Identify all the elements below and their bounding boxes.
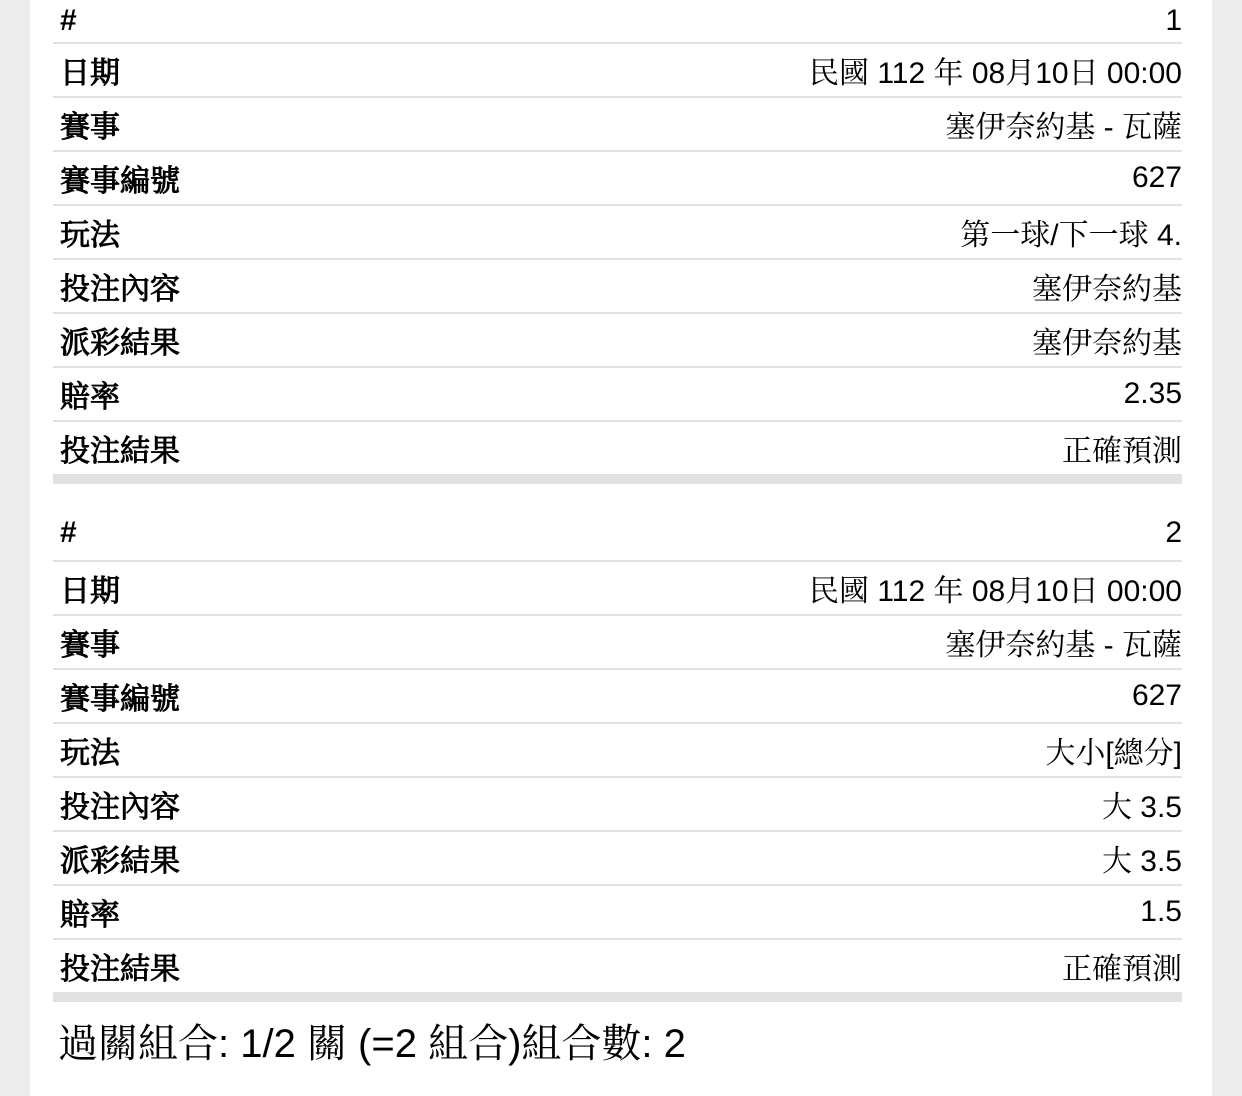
play-label: 玩法 [53, 210, 120, 254]
table-gap [30, 484, 1212, 506]
match-value: 塞伊奈約基 - 瓦薩 [945, 620, 1182, 664]
payout-result-label: 派彩結果 [53, 836, 180, 880]
section-divider-bar [53, 992, 1182, 1002]
row-date: 日期 民國 112 年 08月10日 00:00 [53, 42, 1182, 96]
row-play: 玩法 大小[總分] [53, 722, 1182, 776]
bet-record-table-1: # 1 日期 民國 112 年 08月10日 00:00 賽事 塞伊奈約基 - … [53, 0, 1182, 474]
date-label: 日期 [53, 566, 120, 610]
play-label: 玩法 [53, 728, 120, 772]
bet-content-value: 大 3.5 [1102, 782, 1182, 826]
bet-result-label: 投注結果 [53, 426, 180, 470]
odds-label: 賠率 [53, 372, 120, 416]
payout-result-value: 大 3.5 [1102, 836, 1182, 880]
row-bet-result: 投注結果 正確預測 [53, 938, 1182, 992]
row-odds: 賠率 1.5 [53, 884, 1182, 938]
bet-content-value: 塞伊奈約基 [1032, 264, 1182, 308]
row-match-no: 賽事編號 627 [53, 150, 1182, 204]
row-payout-result: 派彩結果 塞伊奈約基 [53, 312, 1182, 366]
match-no-label: 賽事編號 [53, 156, 180, 200]
date-label: 日期 [53, 48, 120, 92]
index-label: # [53, 4, 77, 38]
bet-content-label: 投注內容 [53, 264, 180, 308]
row-bet-content: 投注內容 大 3.5 [53, 776, 1182, 830]
parlay-summary: 過關組合: 1/2 關 (=2 組合)組合數: 2 [30, 1018, 1212, 1070]
row-payout-result: 派彩結果 大 3.5 [53, 830, 1182, 884]
payout-result-label: 派彩結果 [53, 318, 180, 362]
match-no-value: 627 [1132, 161, 1182, 195]
row-match-no: 賽事編號 627 [53, 668, 1182, 722]
match-no-label: 賽事編號 [53, 674, 180, 718]
bet-detail-panel: # 1 日期 民國 112 年 08月10日 00:00 賽事 塞伊奈約基 - … [30, 0, 1212, 1096]
row-odds: 賠率 2.35 [53, 366, 1182, 420]
index-label: # [53, 516, 77, 550]
bet-content-label: 投注內容 [53, 782, 180, 826]
match-no-value: 627 [1132, 679, 1182, 713]
bet-record-table-2: # 2 日期 民國 112 年 08月10日 00:00 賽事 塞伊奈約基 - … [53, 506, 1182, 992]
row-match: 賽事 塞伊奈約基 - 瓦薩 [53, 96, 1182, 150]
payout-result-value: 塞伊奈約基 [1032, 318, 1182, 362]
row-date: 日期 民國 112 年 08月10日 00:00 [53, 560, 1182, 614]
date-value: 民國 112 年 08月10日 00:00 [809, 566, 1182, 610]
odds-label: 賠率 [53, 890, 120, 934]
odds-value: 2.35 [1124, 377, 1182, 411]
match-label: 賽事 [53, 102, 120, 146]
section-divider-bar [53, 474, 1182, 484]
date-value: 民國 112 年 08月10日 00:00 [809, 48, 1182, 92]
row-bet-result: 投注結果 正確預測 [53, 420, 1182, 474]
row-bet-content: 投注內容 塞伊奈約基 [53, 258, 1182, 312]
index-value: 1 [1165, 4, 1182, 38]
match-label: 賽事 [53, 620, 120, 664]
odds-value: 1.5 [1140, 895, 1182, 929]
row-match: 賽事 塞伊奈約基 - 瓦薩 [53, 614, 1182, 668]
row-index: # 2 [53, 506, 1182, 560]
bet-result-label: 投注結果 [53, 944, 180, 988]
bet-result-value: 正確預測 [1062, 426, 1182, 470]
index-value: 2 [1165, 516, 1182, 550]
row-play: 玩法 第一球/下一球 4. [53, 204, 1182, 258]
play-value: 第一球/下一球 4. [960, 210, 1182, 254]
bet-result-value: 正確預測 [1062, 944, 1182, 988]
row-index: # 1 [53, 0, 1182, 42]
play-value: 大小[總分] [1045, 728, 1182, 772]
match-value: 塞伊奈約基 - 瓦薩 [945, 102, 1182, 146]
